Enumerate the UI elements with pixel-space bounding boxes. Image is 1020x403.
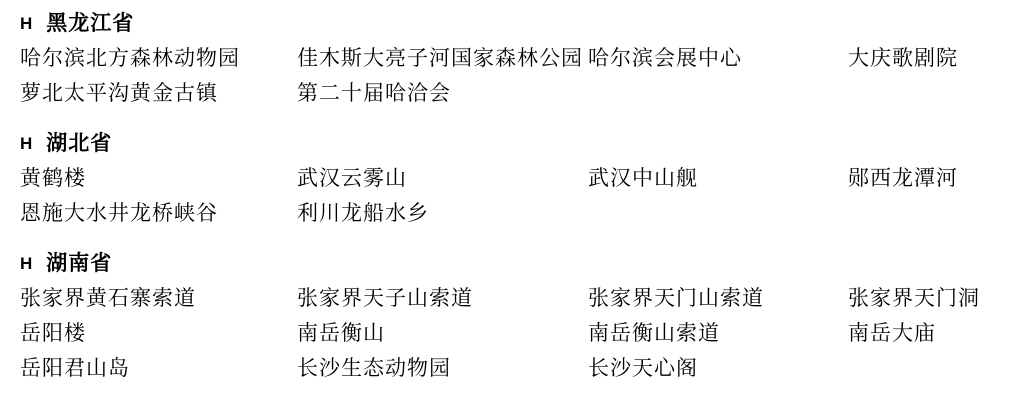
attraction-item: 黄鹤楼 [20, 168, 297, 189]
attraction-item: 武汉云雾山 [297, 168, 588, 189]
province-name: 黑龙江省 [46, 13, 134, 34]
attractions-index-page: H 黑龙江省 哈尔滨北方森林动物园佳木斯大亮子河国家森林公园哈尔滨会展中心大庆歌… [0, 0, 1020, 403]
province-section: H 湖南省 张家界黄石寨索道张家界天子山索道张家界天门山索道张家界天门洞岳阳楼南… [20, 246, 1020, 386]
attraction-rows: 哈尔滨北方森林动物园佳木斯大亮子河国家森林公园哈尔滨会展中心大庆歌剧院萝北太平沟… [20, 41, 1020, 111]
index-letter: H [20, 135, 32, 152]
attraction-item: 长沙天心阁 [588, 358, 848, 379]
province-name: 湖北省 [46, 133, 112, 154]
attraction-item: 武汉中山舰 [588, 168, 848, 189]
sections-root: H 黑龙江省 哈尔滨北方森林动物园佳木斯大亮子河国家森林公园哈尔滨会展中心大庆歌… [20, 6, 1020, 386]
attraction-item: 恩施大水井龙桥峡谷 [20, 203, 297, 224]
section-header: H 湖南省 [20, 246, 1020, 281]
attraction-row: 恩施大水井龙桥峡谷利川龙船水乡 [20, 196, 1020, 231]
attraction-rows: 张家界黄石寨索道张家界天子山索道张家界天门山索道张家界天门洞岳阳楼南岳衡山南岳衡… [20, 281, 1020, 386]
attraction-item: 郧西龙潭河 [848, 168, 1020, 189]
attraction-item: 张家界天门洞 [848, 288, 1020, 309]
index-letter: H [20, 255, 32, 272]
attraction-item: 佳木斯大亮子河国家森林公园 [297, 48, 588, 69]
index-letter: H [20, 15, 32, 32]
attraction-item: 岳阳楼 [20, 323, 297, 344]
attraction-row: 张家界黄石寨索道张家界天子山索道张家界天门山索道张家界天门洞 [20, 281, 1020, 316]
attraction-item: 利川龙船水乡 [297, 203, 588, 224]
province-name: 湖南省 [46, 253, 112, 274]
province-section: H 黑龙江省 哈尔滨北方森林动物园佳木斯大亮子河国家森林公园哈尔滨会展中心大庆歌… [20, 6, 1020, 111]
attraction-item: 哈尔滨北方森林动物园 [20, 48, 297, 69]
section-header: H 湖北省 [20, 126, 1020, 161]
attraction-item: 岳阳君山岛 [20, 358, 297, 379]
attraction-item: 第二十届哈洽会 [297, 83, 588, 104]
attraction-item: 萝北太平沟黄金古镇 [20, 83, 297, 104]
attraction-item: 张家界黄石寨索道 [20, 288, 297, 309]
attraction-row: 岳阳君山岛长沙生态动物园长沙天心阁 [20, 351, 1020, 386]
attraction-item: 哈尔滨会展中心 [588, 48, 848, 69]
attraction-row: 岳阳楼南岳衡山南岳衡山索道南岳大庙 [20, 316, 1020, 351]
attraction-item: 长沙生态动物园 [297, 358, 588, 379]
attraction-row: 黄鹤楼武汉云雾山武汉中山舰郧西龙潭河 [20, 161, 1020, 196]
attraction-rows: 黄鹤楼武汉云雾山武汉中山舰郧西龙潭河恩施大水井龙桥峡谷利川龙船水乡 [20, 161, 1020, 231]
section-header: H 黑龙江省 [20, 6, 1020, 41]
province-section: H 湖北省 黄鹤楼武汉云雾山武汉中山舰郧西龙潭河恩施大水井龙桥峡谷利川龙船水乡 [20, 126, 1020, 231]
attraction-item: 南岳大庙 [848, 323, 1020, 344]
attraction-item: 张家界天门山索道 [588, 288, 848, 309]
attraction-row: 哈尔滨北方森林动物园佳木斯大亮子河国家森林公园哈尔滨会展中心大庆歌剧院 [20, 41, 1020, 76]
attraction-item: 张家界天子山索道 [297, 288, 588, 309]
attraction-item: 大庆歌剧院 [848, 48, 1020, 69]
attraction-row: 萝北太平沟黄金古镇第二十届哈洽会 [20, 76, 1020, 111]
attraction-item: 南岳衡山 [297, 323, 588, 344]
attraction-item: 南岳衡山索道 [588, 323, 848, 344]
